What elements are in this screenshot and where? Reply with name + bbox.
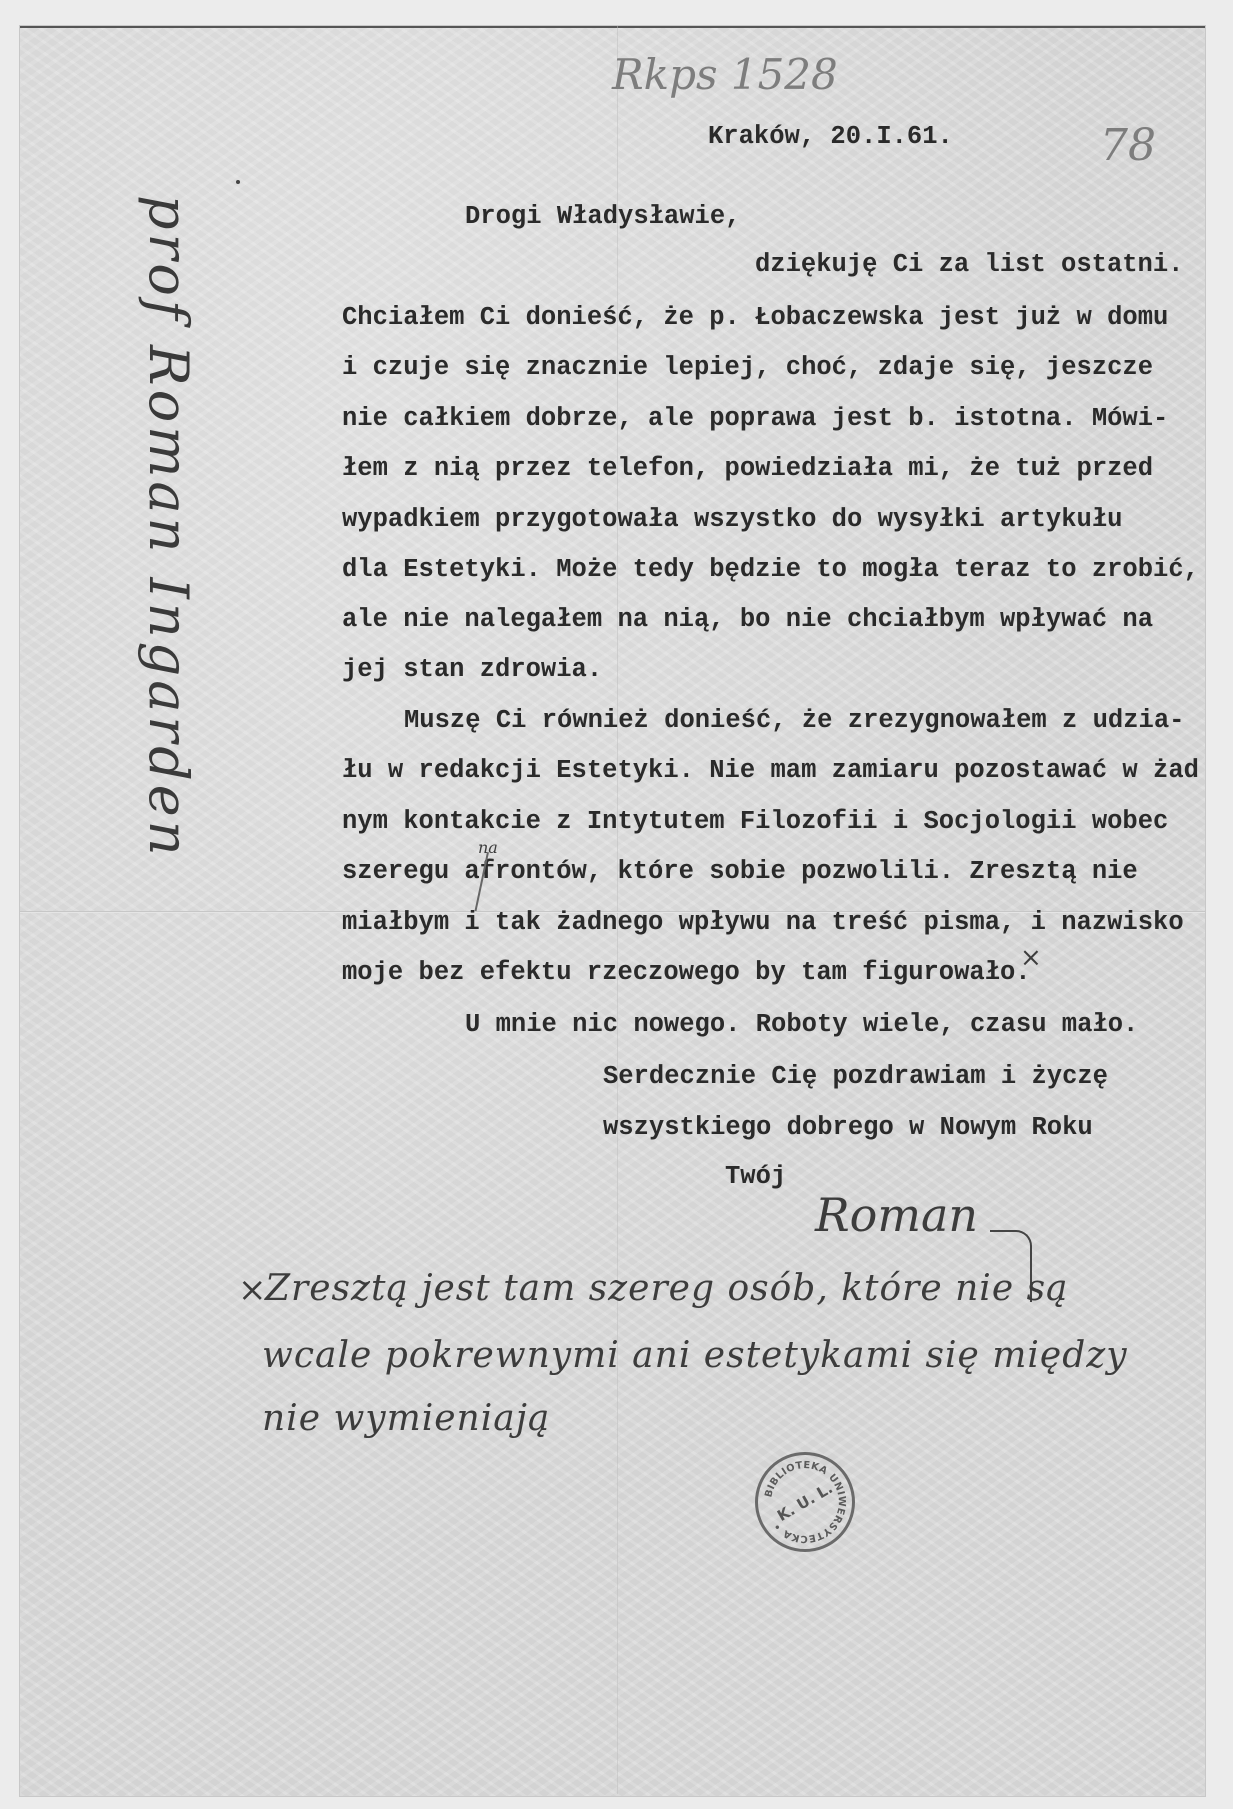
closing-line: wszystkiego dobrego w Nowym Roku [603,1113,1093,1143]
library-stamp: BIBLIOTEKA UNIWERSYTECKA • K. U. L. [755,1452,855,1552]
footnote-marker: × [1020,943,1042,973]
letter-line: jej stan zdrowia. [342,655,602,685]
letter-line: Muszę Ci również donieść, że zrezygnował… [404,706,1184,736]
postscript-line: Zresztą jest tam szereg osób, które nie … [265,1268,1069,1309]
letter-line: nie całkiem dobrze, ale poprawa jest b. … [342,404,1168,434]
letter-line: moje bez efektu rzeczowego by tam figuro… [342,958,1031,988]
margin-dot [236,180,240,184]
letter-line: U mnie nic nowego. Roboty wiele, czasu m… [465,1010,1138,1040]
letter-line: dla Estetyki. Może tedy będzie to mogła … [342,555,1199,585]
valediction: Twój [725,1162,786,1192]
letter-line: i czuje się znacznie lepiej, choć, zdaje… [342,353,1153,383]
letter-line: łu w redakcji Estetyki. Nie mam zamiaru … [342,756,1199,786]
letter-line: łem z nią przez telefon, powiedziała mi,… [342,454,1153,484]
postscript-line: wcale pokrewnymi ani estetykami się międ… [262,1335,1128,1376]
letter-line: wypadkiem przygotowała wszystko do wysył… [342,505,1122,535]
margin-note: prof Roman Ingarden [140,195,200,775]
salutation: Drogi Władysławie, [465,202,740,232]
letter-line: nym kontakcie z Intytutem Filozofii i So… [342,807,1168,837]
place-date: Kraków, 20.I.61. [708,122,953,152]
letter-line: Chciałem Ci donieść, że p. Łobaczewska j… [342,303,1168,333]
postscript-line: nie wymieniają [262,1398,550,1439]
signature: Roman [815,1188,978,1242]
letter-line: dziękuję Ci za list ostatni. [755,250,1183,280]
folio-number: 78 [1100,120,1156,171]
letter-line: szeregu afrontów, które sobie pozwolili.… [342,857,1138,887]
shelfmark: Rkps 1528 [612,50,838,99]
closing-line: Serdecznie Cię pozdrawiam i życzę [603,1062,1108,1092]
postscript-marker: × [238,1270,267,1310]
letter-line: miałbym i tak żadnego wpływu na treść pi… [342,908,1184,938]
letter-line: ale nie nalegałem na nią, bo nie chciałb… [342,605,1153,635]
margin-note-text: prof Roman Ingarden [137,195,200,860]
